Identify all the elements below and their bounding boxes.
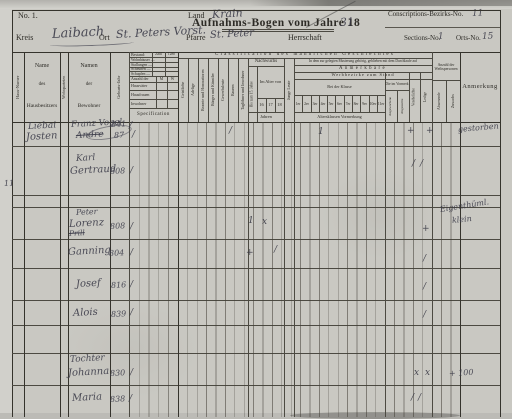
grid-line-h [12, 10, 500, 11]
scan-edge-left [0, 9, 12, 419]
tally-mark: / [229, 127, 232, 136]
sections-label: Sections-No. [404, 35, 440, 42]
nachwuchs-age: 18 [275, 98, 284, 112]
resident-name-handwriting: Tochter [70, 354, 105, 365]
vormerk-col-rot: Abgestellte [397, 90, 409, 122]
anzahl-col-m: M [156, 77, 167, 82]
anzahl-row: Hausfrauen [131, 93, 149, 97]
class-col-rot: Bürger und Künstler [208, 59, 218, 121]
orts-label: Orts-No. [456, 35, 481, 42]
scanned-census-form: No. 1. Land Krain Conscriptions-Bezirks-… [0, 0, 512, 419]
class-col-rot: Gewerbsleute [218, 59, 228, 121]
form-title-year-handwriting: 31 [340, 16, 355, 28]
classification-title: Classification des männlichen Geschlecht… [178, 52, 432, 58]
resident-name-handwriting: Karl [76, 154, 96, 164]
tally-mark: x [425, 369, 430, 378]
resident-name-handwriting: Josef [76, 279, 101, 290]
bestand-row: Stallungen — [131, 63, 152, 67]
sections-number: 1 [438, 33, 444, 42]
orts-number: 15 [482, 32, 494, 42]
nachwuchs-alter-label: Im Alter von [257, 66, 284, 98]
grid-line-v [500, 10, 501, 417]
tally-mark: / [130, 167, 133, 176]
band-bottom-label: Altersklassen Vormerkung [294, 112, 385, 122]
class-col-rot-mid: Junge Leute [284, 59, 294, 121]
women-col-rot: Ledige [420, 72, 432, 122]
band-line2: Anmerkbare [294, 65, 432, 72]
herrschaft-label: Herrschaft [288, 34, 322, 42]
resident-name-handwriting: Ganning [68, 246, 111, 258]
nachwuchs-age: 16 [257, 98, 266, 112]
band-sub-left: Bei der Klasse [294, 79, 385, 95]
tally-mark: / [418, 394, 421, 403]
paper-stain [320, 170, 440, 260]
scan-smudge-bottom [290, 412, 460, 419]
remark-handwriting: gestorben [458, 122, 499, 134]
tally-mark: / [412, 160, 415, 169]
class-cell: 3er [311, 95, 319, 112]
tally-mark: / [132, 131, 135, 140]
form-number: No. 1. [18, 12, 38, 20]
header-rule-right [385, 27, 500, 28]
birth-year-handwriting: 808 [110, 167, 126, 176]
tally-mark: / [423, 255, 426, 264]
row-line [12, 300, 500, 301]
row-line [12, 195, 500, 196]
birth-year-handwriting: 838 [110, 395, 126, 404]
column-header-owner-2: des [24, 80, 60, 90]
grid-line-v [129, 52, 130, 417]
tally-mark: 1 [248, 217, 254, 226]
bestand-col-1: Zahl [152, 53, 165, 58]
birth-year-handwriting: 830 [110, 369, 126, 378]
row-line [12, 146, 500, 147]
nachwuchs-unit: Jahren [248, 112, 284, 122]
right-box-title: Anzahl der Weibspersonen [432, 53, 460, 80]
tally-mark: / [411, 394, 414, 403]
tally-mark: / [130, 309, 133, 318]
tally-mark: / [129, 395, 132, 404]
class-cell: 6er [335, 95, 344, 112]
resident-name-handwriting: Peter [76, 208, 98, 217]
band-line1: In dem zur gelegten Musterung gehörig, g… [295, 59, 431, 65]
grid-line-h [129, 90, 178, 91]
anzahl-title: Anzahl der [131, 77, 149, 81]
class-cell: 2er [302, 95, 311, 112]
tally-mark: x [414, 369, 419, 378]
tally-mark: + [426, 127, 434, 136]
vormerk-col-rot: Angeworbene [385, 90, 397, 122]
tally-mark: / [423, 283, 426, 292]
tally-mark: / [130, 281, 133, 290]
class-col-rot: Beamte und Honoratioren [198, 59, 208, 121]
class-cell: 8er [352, 95, 360, 112]
tally-mark: 1 [318, 128, 324, 137]
class-cell: 10er [369, 95, 377, 112]
form-title: Aufnahms-Bogen vom Jahre 18 [192, 17, 360, 29]
class-cell: 1er [294, 95, 302, 112]
column-header-bewohner-1: Namen [68, 56, 110, 76]
tally-mark: x [262, 218, 267, 227]
class-col-rot: Geistliche [178, 59, 188, 121]
tally-mark: / [130, 223, 133, 232]
column-header-birth-year: Geburts-Jahr [110, 53, 129, 121]
band-sub-right: Die im Vormerk [385, 79, 409, 90]
tally-mark: / [274, 246, 277, 255]
column-header-owner-1: Name [24, 56, 60, 76]
class-col-rot: Bauern [228, 59, 238, 121]
class-cell: 7er [344, 95, 352, 112]
tally-mark: / [420, 160, 423, 169]
conscription-district-label: Conscriptions-Bezirks-No. [388, 11, 463, 18]
anzahl-row: Hausväter [131, 84, 147, 88]
birth-year-handwriting: 87 [114, 131, 125, 140]
grid-line-h [129, 99, 178, 100]
right-box-col-rot: Abwesende [432, 80, 446, 122]
house-number-handwriting: 11 [4, 179, 15, 188]
kreis-value-handwriting: Laibach [52, 25, 105, 41]
row-line [12, 325, 500, 326]
tally-mark: / [130, 249, 133, 258]
scan-smudge-top [250, 0, 512, 6]
kreis-label: Kreis [16, 34, 33, 42]
nachwuchs-title: Nachwuchs [248, 58, 284, 66]
anzahl-col-w: W [167, 77, 178, 82]
resident-name-handwriting: Maria [72, 392, 103, 404]
remark-handwriting: Eigenthüml. [439, 198, 489, 214]
row-line [12, 385, 500, 386]
birth-year-handwriting: 804 [109, 249, 125, 258]
class-cell: 9er [360, 95, 369, 112]
resident-name-handwriting: Johanna [68, 367, 110, 379]
grid-line-v [385, 72, 386, 417]
nachwuchs-age: 17 [266, 98, 275, 112]
class-col-rot: Taglöhner und Inwohner [238, 59, 248, 121]
owner-name-handwriting: Josten [26, 131, 58, 143]
class-cell: 5er [327, 95, 335, 112]
tally-mark: + [246, 249, 254, 258]
bestand-col-2: 1280 [165, 53, 178, 58]
column-header-bewohner-2: der [68, 80, 110, 90]
birth-year-handwriting: 839 [111, 310, 127, 319]
pfarre-label: Pfarre [186, 34, 206, 42]
remark-handwriting: klein [452, 215, 473, 225]
class-col-rot: Adelige [188, 59, 198, 121]
tally-mark: / [130, 369, 133, 378]
birth-year-handwriting: 808 [110, 222, 126, 231]
resident-name-handwriting: Alois [73, 308, 98, 319]
column-header-anmerkung: Anmerkung [460, 52, 500, 122]
row-line [12, 239, 500, 240]
column-header-wohnpartei: Wohnparteien [60, 53, 68, 121]
class-cell: 4er [319, 95, 327, 112]
bestand-row: Schupfen — [131, 72, 150, 76]
specification-label: Specification [129, 109, 178, 121]
remark-handwriting: + 100 [449, 369, 474, 378]
column-header-bewohner-3: Bewohner [68, 98, 110, 116]
column-header-owner-3: Hausbesitzers [24, 98, 60, 116]
pfarre-value-handwriting: St. Peter [210, 29, 255, 41]
tally-mark: / [423, 311, 426, 320]
right-box-col-rot: Zuwachs [446, 80, 460, 122]
anzahl-row: Inwohner [131, 102, 146, 106]
ort-label: Ort [99, 34, 110, 42]
class-cell: 11er [377, 95, 385, 112]
row-line [12, 268, 500, 269]
tally-mark: + [422, 225, 430, 234]
birth-year-handwriting: 841 [111, 120, 127, 129]
column-header-house-number: Haus-Numer [13, 53, 24, 121]
women-col-rot: Verehelichte [409, 72, 420, 122]
birth-year-handwriting: 816 [111, 281, 127, 290]
bestand-title: Bestand: [131, 53, 145, 57]
tally-mark: + [407, 127, 415, 136]
resident-name-crossed: Prill [69, 229, 85, 237]
bestand-row: Wohnhäuser — [131, 58, 155, 62]
